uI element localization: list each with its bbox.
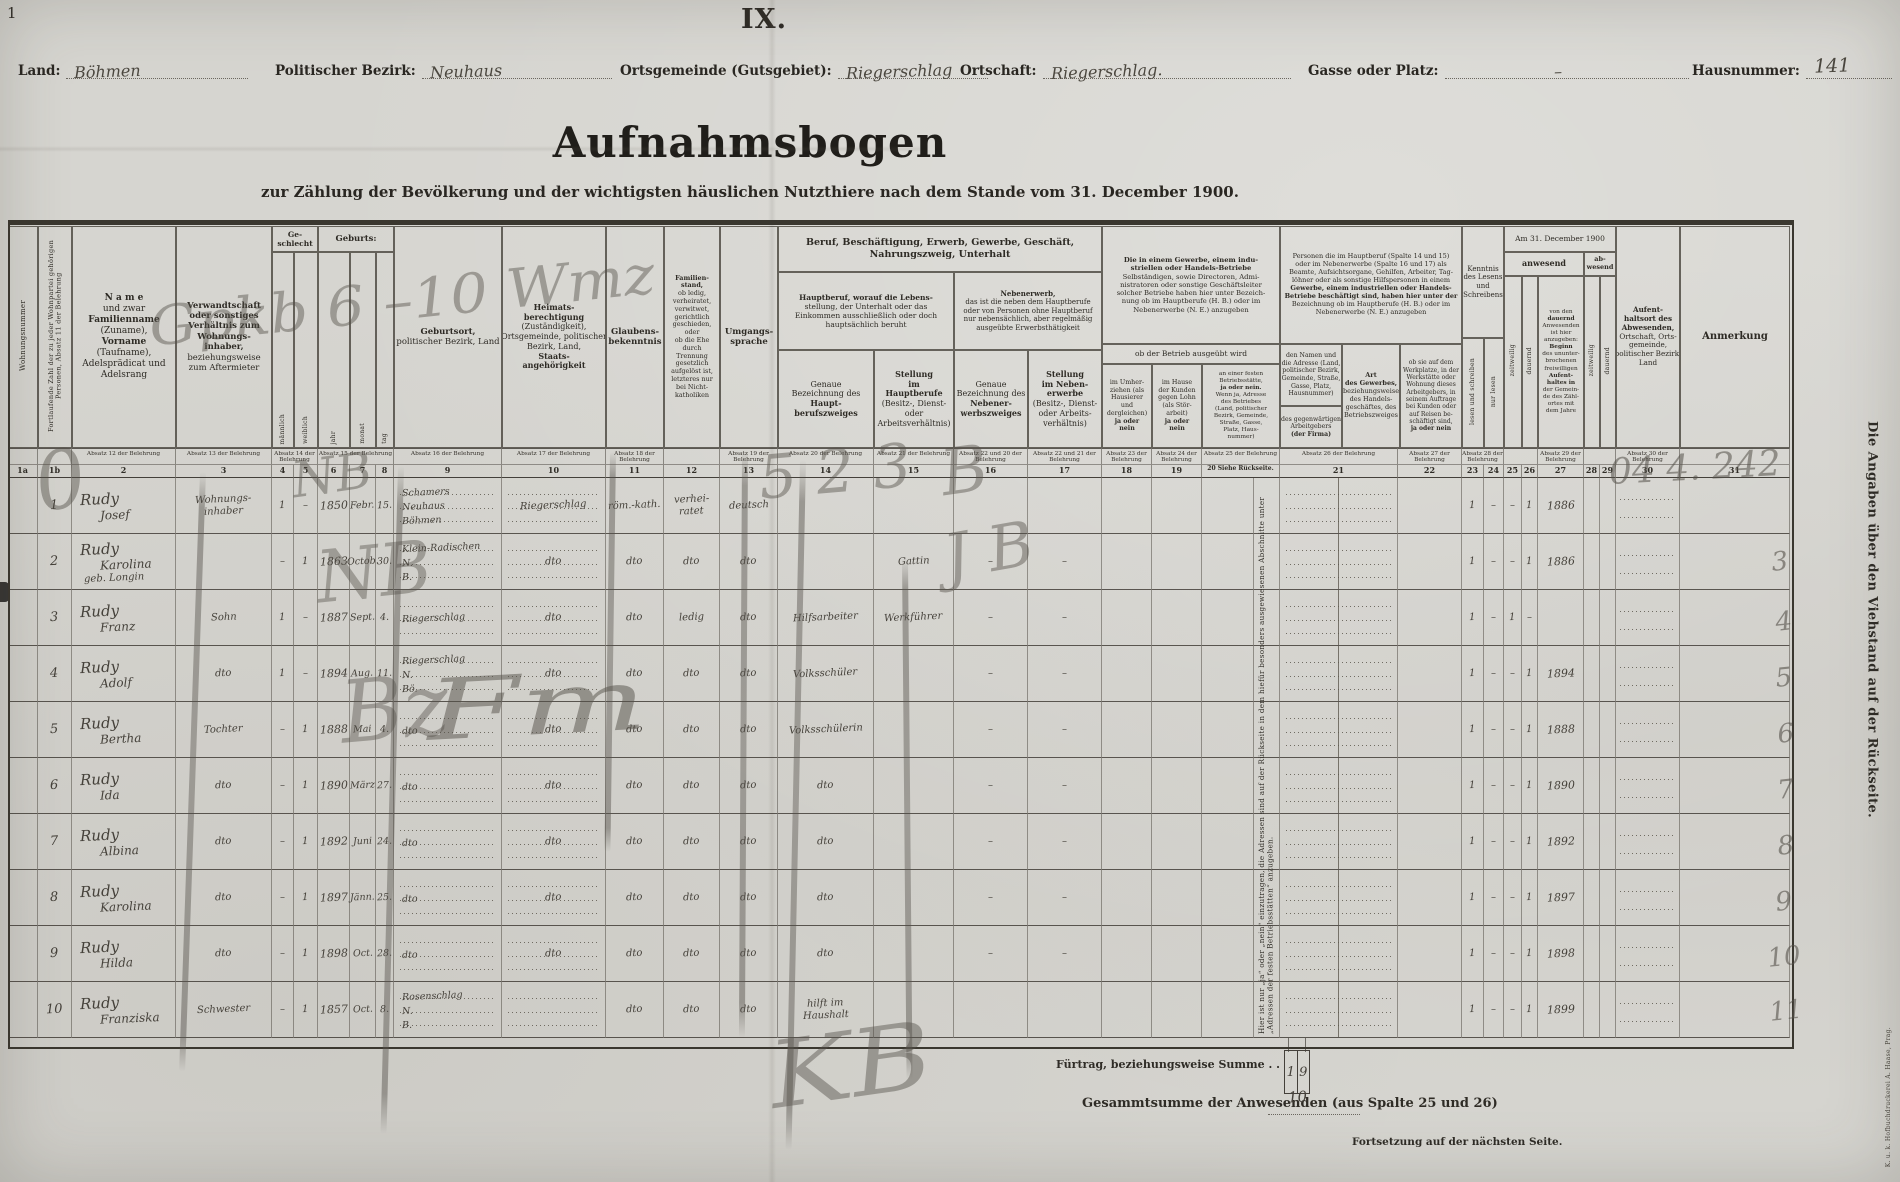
cell-line: Josef	[100, 506, 176, 524]
cell-r1-c19	[1152, 478, 1202, 534]
cell-r2-heimat: dto	[502, 534, 606, 590]
cell-line: dto	[545, 667, 562, 680]
header-line: Land	[1639, 359, 1657, 368]
cell-r6-c25: –	[1504, 758, 1522, 814]
cell-r10-c16	[954, 982, 1028, 1038]
cell-r10-c29	[1600, 982, 1616, 1038]
header-line: berechtigung	[524, 313, 584, 323]
cell-r8-name: RudyKarolina	[72, 870, 176, 926]
cell-r10-c17	[1028, 982, 1102, 1038]
cell-r7-m: –	[272, 814, 294, 870]
cell-r3-tag: 4.	[376, 590, 394, 646]
header-line: inhaber,	[204, 342, 243, 352]
cell-line: 1	[1526, 1003, 1533, 1015]
cell-r7-c21	[1280, 814, 1398, 870]
cell-r5-c30	[1616, 702, 1680, 758]
cell-line: 2	[50, 554, 59, 570]
cell-line: –	[1491, 891, 1497, 903]
cell-r5-c16: –	[954, 702, 1028, 758]
cell-r5-b14: Volksschülerin	[778, 702, 874, 758]
header-line: erwerbe	[1047, 389, 1083, 399]
col-number-11: 11	[606, 464, 664, 478]
cell-line: dto	[683, 947, 700, 960]
cell-r4-heimat: dto	[502, 646, 606, 702]
col-number-27: 27	[1538, 464, 1584, 478]
ref-label-18: Absatz 26 der Belehrung	[1280, 448, 1398, 464]
cell-line: 7	[50, 834, 59, 850]
col-13-header: Umgangs-sprache	[720, 226, 778, 448]
cell-r8-c21	[1280, 870, 1398, 926]
cell-r5-rel: Tochter	[176, 702, 272, 758]
header-line: berufszweiges	[794, 409, 857, 419]
cell-line: 15.	[377, 499, 393, 511]
cell-r9-tag: 28.	[376, 926, 394, 982]
cell-r1-name: RudyJosef	[72, 478, 176, 534]
cell-line: 1863	[319, 554, 348, 568]
cell-r7-stand: dto	[664, 814, 720, 870]
header-line: freiwilligen	[1544, 366, 1577, 373]
cell-r7-jahr: 1892	[318, 814, 350, 870]
header-line: ja oder	[1115, 418, 1139, 426]
cell-line: 1	[1526, 779, 1533, 791]
cell-r10-b14: hilft imHaushalt	[778, 982, 874, 1038]
cell-line: Riegerschlag	[402, 608, 502, 626]
cell-line: Franz	[100, 618, 176, 636]
header-line: haltes in	[1547, 380, 1575, 387]
col-17-header: Stellungim Neben-erwerbe(Besitz-, Dienst…	[1028, 350, 1102, 448]
cell-line: –	[988, 947, 994, 959]
fuertrag-sum-box: 1 9	[1284, 1050, 1310, 1094]
cell-line: deutsch	[728, 499, 768, 513]
cell-r4-c16: –	[954, 646, 1028, 702]
cell-r2-ort: Klein-RadischenN.B.	[394, 534, 502, 590]
cell-line: –	[1491, 835, 1497, 847]
cell-line: dto	[402, 720, 502, 738]
cell-line: dto	[215, 779, 232, 792]
cell-r6-c28	[1584, 758, 1600, 814]
ref-label-0	[8, 448, 38, 464]
cell-line: 1	[302, 555, 309, 567]
cell-r1-c23: 1	[1462, 478, 1484, 534]
header-line: ist hier	[1551, 330, 1572, 337]
header-line: Ortsgemeinde, politischer	[502, 332, 606, 342]
cell-line: 3	[50, 610, 59, 626]
printer-credit-text: K. u. k. Hofbuchdruckerei A. Haase, Prag…	[1886, 1027, 1893, 1167]
cell-r9-sprache: dto	[720, 926, 778, 982]
cell-r3-c24: –	[1484, 590, 1504, 646]
header-line: zum Aftermieter	[189, 363, 260, 373]
cell-line: dto	[817, 779, 834, 792]
cell-r4-sprache: dto	[720, 646, 778, 702]
cell-line: dto	[740, 555, 757, 568]
cell-r9-heimat: dto	[502, 926, 606, 982]
cell-r4-tag: 11.	[376, 646, 394, 702]
cell-line: hilft im	[807, 997, 844, 1011]
header-line: Die in einem Gewerbe, einem indu-	[1124, 256, 1258, 264]
cell-r8-c27: 1897	[1538, 870, 1584, 926]
header-line: nistratoren oder sonstige Geschäftsleite…	[1120, 281, 1262, 289]
header-line: Verwandtschaft	[187, 301, 261, 311]
cell-line: 1	[1509, 611, 1516, 623]
header-line: Einkommen ausschließlich oder doch	[795, 311, 937, 320]
cell-r4-glaube: dto	[606, 646, 664, 702]
cell-r8-glaube: dto	[606, 870, 664, 926]
col-22-header: Artdes Gewerbes,beziehungsweisedes Hande…	[1342, 344, 1400, 448]
cell-r1-nr: 1	[38, 478, 72, 534]
header-line: Werkplatze, in der	[1403, 367, 1459, 374]
cell-line: dto	[817, 891, 834, 904]
col-29-header: dauernd	[1600, 276, 1616, 448]
cell-r2-c17: –	[1028, 534, 1102, 590]
cell-line: 1894	[1546, 666, 1575, 680]
header-line: anzugeben:	[1544, 337, 1578, 344]
cell-r3-c30	[1616, 590, 1680, 646]
cell-r3-stand: ledig	[664, 590, 720, 646]
cell-r9-c16: –	[954, 926, 1028, 982]
geburts-group-header: Geburts:	[318, 226, 394, 252]
cell-line: dto	[683, 555, 700, 568]
cell-line: 10	[46, 1001, 63, 1017]
cell-r7-c1a	[8, 814, 38, 870]
beruf-group-header: Beruf, Beschäftigung, Erwerb, Gewerbe, G…	[778, 226, 1102, 272]
cell-line: –	[1510, 779, 1516, 791]
cell-r10-c19	[1152, 982, 1202, 1038]
cell-r5-b15	[874, 702, 954, 758]
col-1a-header: Wohnungsnummer	[8, 226, 38, 448]
col-9-header: Geburtsort, politischer Bezirk, Land	[394, 226, 502, 448]
header-line: brochenen	[1545, 358, 1576, 365]
cell-r2-c20	[1202, 534, 1254, 590]
cell-r10-monat: Oct.	[350, 982, 376, 1038]
header-line: schlecht	[277, 239, 312, 248]
cell-r2-b14	[778, 534, 874, 590]
cell-r10-c22	[1398, 982, 1462, 1038]
cell-r2-c29	[1600, 534, 1616, 590]
cell-line: dto	[402, 832, 502, 850]
cell-line: –	[1510, 555, 1516, 567]
header-line: Hauptberufe	[885, 389, 942, 399]
cell-line: 1	[1469, 499, 1476, 511]
cell-r7-c28	[1584, 814, 1600, 870]
cell-line: –	[1062, 723, 1068, 735]
cell-line: 4	[50, 666, 59, 682]
header-line: arbeit)	[1166, 410, 1188, 418]
cell-r5-c17: –	[1028, 702, 1102, 758]
cell-line: –	[1062, 835, 1068, 847]
col-number-18: 18	[1102, 464, 1152, 478]
cell-r7-glaube: dto	[606, 814, 664, 870]
cell-r10-nr: 10	[38, 982, 72, 1038]
cell-line: –	[1510, 1003, 1516, 1015]
header-line: Familienname	[88, 315, 159, 326]
cell-r4-c18	[1102, 646, 1152, 702]
cell-line: ledig	[679, 611, 705, 624]
cell-r8-b14: dto	[778, 870, 874, 926]
col-26-header: dauernd	[1522, 276, 1538, 448]
cell-r1-c18	[1102, 478, 1152, 534]
cell-line: –	[1491, 1003, 1497, 1015]
cell-r1-m: 1	[272, 478, 294, 534]
cell-r7-rel: dto	[176, 814, 272, 870]
col-2-header: N a m eund zwarFamilienname(Zuname),Vorn…	[72, 226, 176, 448]
cell-r8-c19	[1152, 870, 1202, 926]
header-line: dauernd	[1547, 316, 1574, 323]
ref-label-12: Absatz 21 der Belehrung	[874, 448, 954, 464]
col-1b-header-label: Fortlaufende Zahl der zu jeder Wohnparte…	[48, 227, 63, 444]
col-24-header-label: nur lesen	[1491, 376, 1498, 407]
cell-r9-c1a	[8, 926, 38, 982]
cell-line: 1894	[319, 666, 348, 680]
cell-r1-c27: 1886	[1538, 478, 1584, 534]
cell-r7-c26: 1	[1522, 814, 1538, 870]
cell-r7-b14: dto	[778, 814, 874, 870]
field-ortsgemeinde-label: Ortsgemeinde (Gutsgebiet):	[620, 63, 832, 79]
cell-r5-nr: 5	[38, 702, 72, 758]
col-27-header: von dendauerndAnwesendenist hieranzugebe…	[1538, 276, 1584, 448]
cell-line: dto	[817, 835, 834, 848]
ref-label-2: Absatz 12 der Belehrung	[72, 448, 176, 464]
cell-line: 1	[279, 499, 286, 511]
cell-r6-w: 1	[294, 758, 318, 814]
header-line: Anwesenden	[1542, 323, 1579, 330]
cell-line: Franziska	[100, 1010, 176, 1028]
col-16-header: GenaueBezeichnung desNebener-werbszweige…	[954, 350, 1028, 448]
cell-r4-c30	[1616, 646, 1680, 702]
header-line: Gasse, Platz,	[1291, 383, 1331, 391]
cell-r8-tag: 25.	[376, 870, 394, 926]
cell-r10-stand: dto	[664, 982, 720, 1038]
ref-label-16: Absatz 24 der Belehrung	[1152, 448, 1202, 464]
cell-line: –	[280, 723, 286, 735]
cell-r10-rel: Schwester	[176, 982, 272, 1038]
cell-r7-c25: –	[1504, 814, 1522, 870]
cell-r2-tag: 30.	[376, 534, 394, 590]
col-number-10: 10	[502, 464, 606, 478]
cell-line: Ida	[100, 786, 176, 804]
census-title: Aufnahmsbogen	[400, 118, 1100, 167]
cell-line: –	[1510, 723, 1516, 735]
col-18-header: im Umher-ziehen (alsHausiererunddergleic…	[1102, 364, 1152, 448]
cell-r6-c19	[1152, 758, 1202, 814]
cell-line: Octob.	[346, 555, 378, 568]
header-line: Geburtsort,	[420, 327, 475, 337]
cell-line: –	[1491, 667, 1497, 679]
header-line: Schreibens	[1463, 291, 1503, 300]
col-14-header: GenaueBezeichnung desHaupt-berufszweiges	[778, 350, 874, 448]
cell-line: 1897	[319, 890, 348, 904]
header-line: des gegenwärtigen	[1281, 416, 1341, 424]
cell-r4-jahr: 1894	[318, 646, 350, 702]
cell-r8-c23: 1	[1462, 870, 1484, 926]
cell-line: dto	[215, 667, 232, 680]
col-6-header: jahr	[318, 252, 350, 448]
header-line: Am 31. December 1900	[1515, 234, 1605, 243]
cell-r9-c26: 1	[1522, 926, 1538, 982]
cell-line: Hilfsarbeiter	[793, 610, 858, 625]
cell-r1-c25: –	[1504, 478, 1522, 534]
cell-line: Karolina	[100, 898, 176, 916]
header-line: oder	[905, 409, 924, 419]
cell-r5-m: –	[272, 702, 294, 758]
cell-r2-c1a	[8, 534, 38, 590]
cell-r10-sprache: dto	[720, 982, 778, 1038]
cell-line: 1	[302, 779, 309, 791]
cell-r1-jahr: 1850	[318, 478, 350, 534]
cell-r1-heimat: Riegerschlag	[502, 478, 606, 534]
header-line: und zwar	[103, 304, 145, 315]
cell-r5-monat: Mai	[350, 702, 376, 758]
cell-r3-glaube: dto	[606, 590, 664, 646]
col-number-7: 7	[350, 464, 376, 478]
cell-r6-c21	[1280, 758, 1398, 814]
cell-r9-c24: –	[1484, 926, 1504, 982]
col-4-header-label: männlich	[280, 414, 287, 444]
cell-r3-c20	[1202, 590, 1254, 646]
cell-r7-c27: 1892	[1538, 814, 1584, 870]
cell-line: Aug.	[351, 667, 374, 679]
census-subtitle: zur Zählung der Bevölkerung und der wich…	[250, 183, 1250, 201]
header-line: Bezirk, Gemeinde,	[1214, 413, 1268, 420]
cell-r9-c29	[1600, 926, 1616, 982]
header-line: ja oder	[1165, 418, 1189, 426]
cell-r9-b15	[874, 926, 954, 982]
cell-r9-m: –	[272, 926, 294, 982]
cell-r2-c22	[1398, 534, 1462, 590]
cell-line: 1886	[1546, 498, 1575, 512]
header-line: sprache	[730, 337, 767, 347]
cell-line: 1	[279, 667, 286, 679]
cell-r2-c25: –	[1504, 534, 1522, 590]
cell-line: dto	[402, 944, 502, 962]
scan-edge-mark	[0, 582, 9, 602]
cell-line: –	[988, 611, 994, 623]
cell-r5-stand: dto	[664, 702, 720, 758]
col-8-header: tag	[376, 252, 394, 448]
cell-line: Sohn	[210, 611, 236, 624]
field-ortsgemeinde: Ortsgemeinde (Gutsgebiet): Riegerschlag	[620, 54, 988, 79]
am31-group-header: Am 31. December 1900	[1504, 226, 1616, 252]
cell-line: dto	[683, 723, 700, 736]
header-line: nein	[1119, 425, 1135, 433]
header-line: gegen Lohn	[1158, 394, 1196, 402]
cell-r6-c31	[1680, 758, 1790, 814]
header-line: verhältnis)	[1043, 419, 1087, 429]
col-number-2: 2	[72, 464, 176, 478]
cell-r3-c26: –	[1522, 590, 1538, 646]
cell-line: dto	[626, 723, 643, 736]
cell-r2-c30	[1616, 534, 1680, 590]
header-line: stellung, der Unterhalt oder das	[805, 302, 928, 311]
viehstand-side-note: Die Angaben über den Viehstand auf der R…	[1850, 200, 1892, 1040]
header-line: ja oder nein.	[1221, 385, 1262, 392]
cell-r2-jahr: 1863	[318, 534, 350, 590]
cell-line: dto	[683, 1003, 700, 1016]
cell-line: März	[350, 779, 375, 791]
cell-r10-w: 1	[294, 982, 318, 1038]
cell-r1-c24: –	[1484, 478, 1504, 534]
cell-r5-c26: 1	[1522, 702, 1538, 758]
cell-line: 25.	[377, 891, 393, 903]
header-line: N a m e	[105, 293, 144, 304]
cell-r1-sprache: deutsch	[720, 478, 778, 534]
cell-r5-c25: –	[1504, 702, 1522, 758]
header-line: im Umher-	[1110, 379, 1144, 387]
cell-line: Tochter	[204, 723, 243, 737]
header-line: beziehungsweise	[187, 353, 260, 363]
col-28-header-label: zeitweilig	[1589, 344, 1596, 376]
header-line: (als Stör-	[1162, 402, 1191, 410]
cell-r7-c22	[1398, 814, 1462, 870]
cell-r5-c1a	[8, 702, 38, 758]
cell-r1-c17	[1028, 478, 1102, 534]
col-number-1b: 1b	[38, 464, 72, 478]
cell-line: –	[303, 611, 309, 623]
cell-line: 1857	[319, 1002, 348, 1016]
cell-line: –	[1491, 723, 1497, 735]
cell-r10-b15	[874, 982, 954, 1038]
cell-r6-glaube: dto	[606, 758, 664, 814]
field-ortschaft: Ortschaft: Riegerschlag.	[960, 54, 1291, 79]
cell-line: 1888	[319, 722, 348, 736]
cell-line: dto	[626, 667, 643, 680]
header-line: Ge-	[288, 230, 302, 239]
cell-r9-c25: –	[1504, 926, 1522, 982]
cell-line: –	[988, 723, 994, 735]
cell-r3-c1a	[8, 590, 38, 646]
cell-line: 1	[302, 947, 309, 959]
cell-r2-stand: dto	[664, 534, 720, 590]
cell-r4-c22	[1398, 646, 1462, 702]
cell-r3-c16: –	[954, 590, 1028, 646]
cell-r1-c1a	[8, 478, 38, 534]
cell-r1-monat: Febr.	[350, 478, 376, 534]
cell-r4-b14: Volksschüler	[778, 646, 874, 702]
cell-line: dto	[545, 779, 562, 792]
header-line: Adelsprädicat und	[82, 359, 165, 370]
header-line: de des Zähl-	[1543, 394, 1579, 401]
cell-line: 1	[1526, 891, 1533, 903]
header-line: der Kunden	[1158, 387, 1195, 395]
cell-r5-tag: 4.	[376, 702, 394, 758]
cell-r1-glaube: röm.-kath.	[606, 478, 664, 534]
col-number-6: 6	[318, 464, 350, 478]
cell-r9-b14: dto	[778, 926, 874, 982]
cell-r5-c18	[1102, 702, 1152, 758]
header-line: Beruf, Beschäftigung, Erwerb, Gewerbe, G…	[806, 237, 1074, 249]
cell-r6-monat: März	[350, 758, 376, 814]
kenntnis-group-header: Kenntnisdes LesensundSchreibens	[1462, 226, 1504, 338]
header-line: solcher Betriebe haben hier unter Bezeic…	[1117, 289, 1266, 297]
cell-r4-c17: –	[1028, 646, 1102, 702]
cell-r6-tag: 27.	[376, 758, 394, 814]
cell-r1-tag: 15.	[376, 478, 394, 534]
fortsetzung-note: Fortsetzung auf der nächsten Seite.	[1352, 1136, 1562, 1148]
col-number-20 Siehe Rückseite.: 20 Siehe Rückseite.	[1202, 464, 1280, 478]
cell-line: –	[1510, 667, 1516, 679]
cell-r6-c22	[1398, 758, 1462, 814]
cell-r4-monat: Aug.	[350, 646, 376, 702]
nebenerwerb-group-header: Nebenerwerb,das ist die neben dem Hauptb…	[954, 272, 1102, 350]
cell-r7-c31	[1680, 814, 1790, 870]
cell-r6-name: RudyIda	[72, 758, 176, 814]
col-number-16: 16	[954, 464, 1028, 478]
cell-line: dto	[545, 947, 562, 960]
cell-r3-c21	[1280, 590, 1398, 646]
cell-r4-c25: –	[1504, 646, 1522, 702]
cell-line: 11.	[377, 667, 393, 679]
cell-line: dto	[545, 555, 562, 568]
cell-r3-c23: 1	[1462, 590, 1484, 646]
